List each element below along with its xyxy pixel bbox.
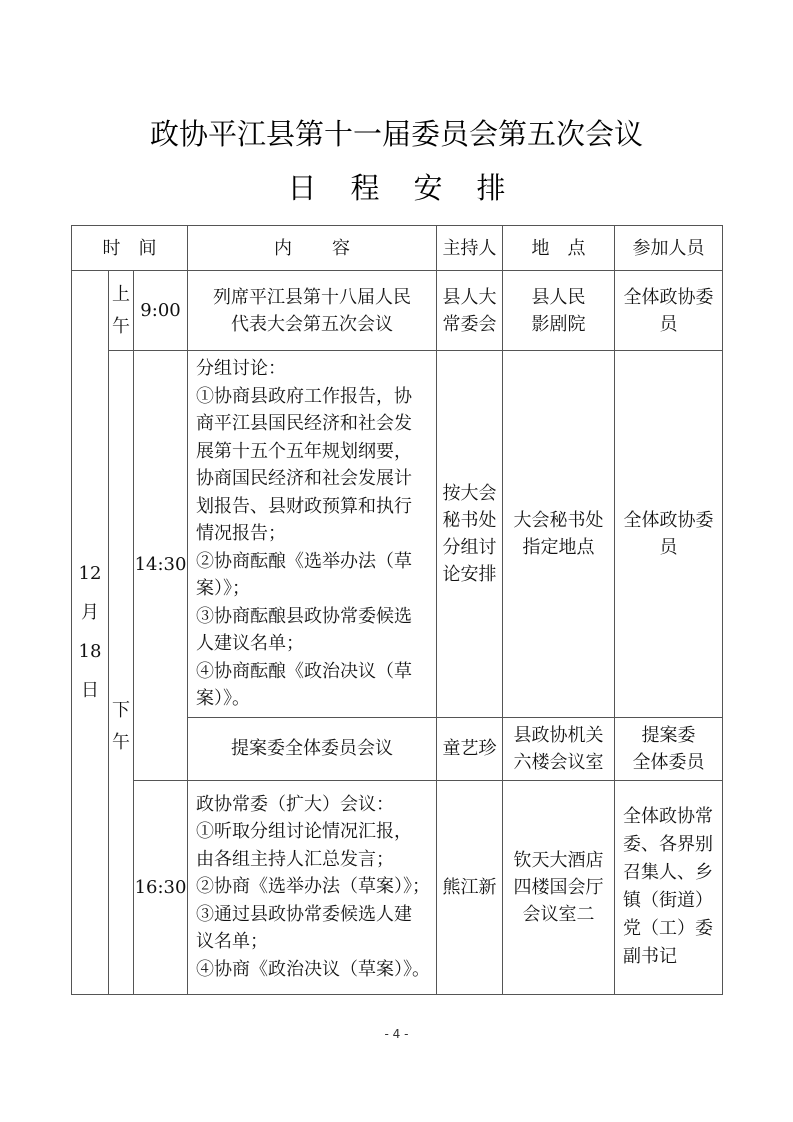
participants-cell: 全体政协常 委、各界别 召集人、乡 镇（街道） 党（工）委 副书记 [615, 780, 723, 994]
period-morning: 上午 [109, 271, 134, 351]
schedule-table: 时间 内容 主持人 地点 参加人员 12月 18日 上午 9:00 列席平江县第… [71, 225, 723, 995]
content-cell: 提案委全体委员会议 [188, 717, 437, 780]
header-time: 时间 [72, 226, 188, 271]
content-cell: 政协常委（扩大）会议： ①听取分组讨论情况汇报， 由各组主持人汇总发言； ②协商… [188, 780, 437, 994]
content-cell: 分组讨论： ①协商县政府工作报告，协 商平江县国民经济和社会发 展第十五个五年规… [188, 351, 437, 718]
host-cell: 县人大常委会 [437, 271, 503, 351]
participants-cell: 全体政协委员 [615, 351, 723, 718]
host-cell: 按大会秘书处 分组讨论安排 [437, 351, 503, 718]
header-host: 主持人 [437, 226, 503, 271]
header-row: 时间 内容 主持人 地点 参加人员 [72, 226, 723, 271]
page-number: - 4 - [0, 1027, 793, 1041]
header-participants: 参加人员 [615, 226, 723, 271]
table-row-1630: 16:30 政协常委（扩大）会议： ①听取分组讨论情况汇报， 由各组主持人汇总发… [72, 780, 723, 994]
participants-cell: 提案委全体委员 [615, 717, 723, 780]
location-cell: 县人民影剧院 [503, 271, 615, 351]
host-cell: 熊江新 [437, 780, 503, 994]
header-location: 地点 [503, 226, 615, 271]
date-cell: 12月 18日 [72, 271, 109, 995]
location-cell: 钦天大酒店 四楼国会厅 会议室二 [503, 780, 615, 994]
header-content: 内容 [188, 226, 437, 271]
period-afternoon: 下午 [109, 351, 134, 995]
location-cell: 县政协机关六楼会议室 [503, 717, 615, 780]
time-cell: 16:30 [134, 780, 188, 994]
table-row-1430: 下午 14:30 分组讨论： ①协商县政府工作报告，协 商平江县国民经济和社会发… [72, 351, 723, 718]
host-cell: 童艺珍 [437, 717, 503, 780]
participants-cell: 全体政协委员 [615, 271, 723, 351]
document-title: 政协平江县第十一届委员会第五次会议 [0, 112, 793, 153]
time-cell: 9:00 [134, 271, 188, 351]
document-subtitle: 日程安排 [0, 166, 793, 207]
content-cell: 列席平江县第十八届人民代表大会第五次会议 [188, 271, 437, 351]
table-row-morning: 12月 18日 上午 9:00 列席平江县第十八届人民代表大会第五次会议 县人大… [72, 271, 723, 351]
time-cell: 14:30 [134, 351, 188, 781]
location-cell: 大会秘书处指定地点 [503, 351, 615, 718]
